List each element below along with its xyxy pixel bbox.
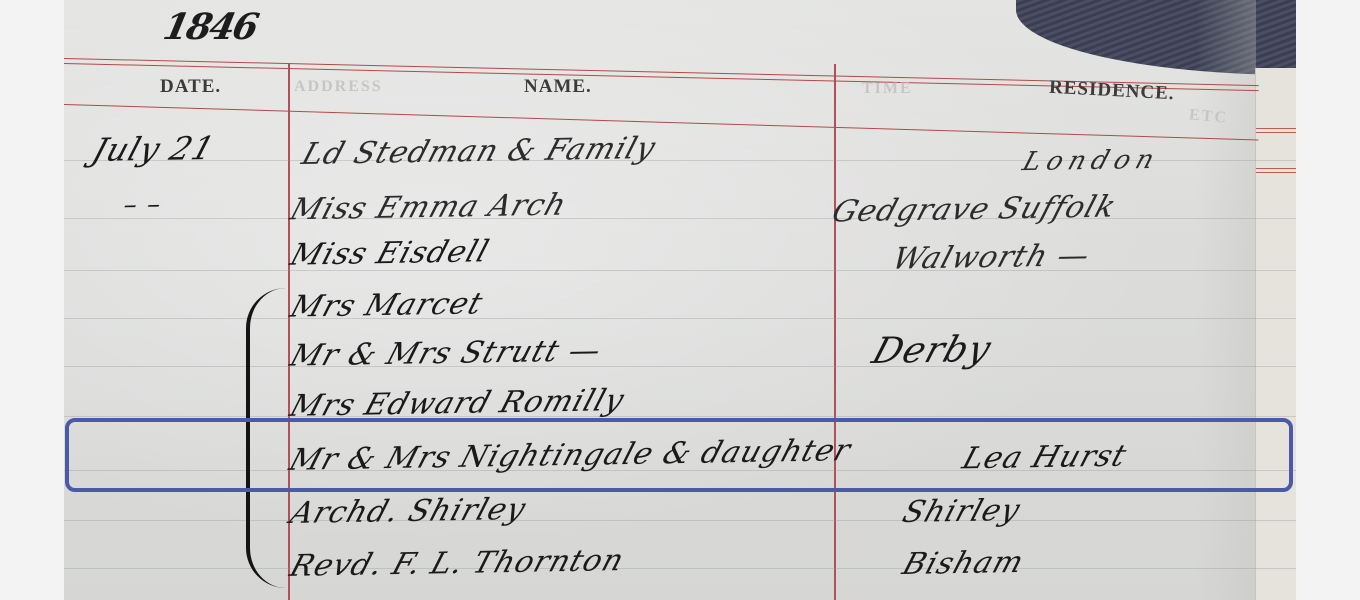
entry-residence: Shirley (898, 493, 1025, 530)
entry-residence-highlighted: Lea Hurst (958, 439, 1131, 477)
entry-name: Mrs Edward Romilly (286, 383, 629, 424)
header-faded-mid: TIME (862, 80, 913, 98)
header-faded-right: ETC (1188, 106, 1228, 127)
entry-name: Miss Emma Arch (286, 188, 571, 228)
entry-name: Miss Eisdell (286, 234, 494, 272)
entry-name: Mr & Mrs Strutt — (286, 333, 606, 373)
entry-residence: London (1019, 145, 1164, 177)
entry-name-highlighted: Mr & Mrs Nightingale & daughter (285, 433, 855, 478)
entry-name: Revd. F. L. Thornton (286, 543, 629, 584)
entry-residence: Bisham (898, 545, 1028, 582)
ledger-photo: 1846 DATE. ADDRESS NAME. TIME RESIDENCE.… (64, 0, 1296, 600)
entry-residence: Gedgrave Suffolk (828, 190, 1121, 230)
header-residence: RESIDENCE. (1049, 77, 1176, 106)
entry-residence: Derby (867, 329, 996, 372)
entry-name: Archd. Shirley (286, 492, 531, 531)
entry-name: Ld Stedman & Family (298, 131, 661, 172)
entry-residence: Walworth — (888, 238, 1095, 276)
grouping-brace (246, 288, 290, 588)
header-name: NAME. (524, 76, 592, 98)
header-date: DATE. (160, 76, 221, 98)
header-bottom-rule (64, 104, 1258, 140)
header-faded-left: ADDRESS (294, 78, 383, 96)
entry-date: July 21 (88, 129, 220, 169)
year-heading: 1846 (160, 6, 261, 48)
entry-date-ditto: – – (119, 190, 166, 221)
entry-name: Mrs Marcet (286, 286, 487, 324)
